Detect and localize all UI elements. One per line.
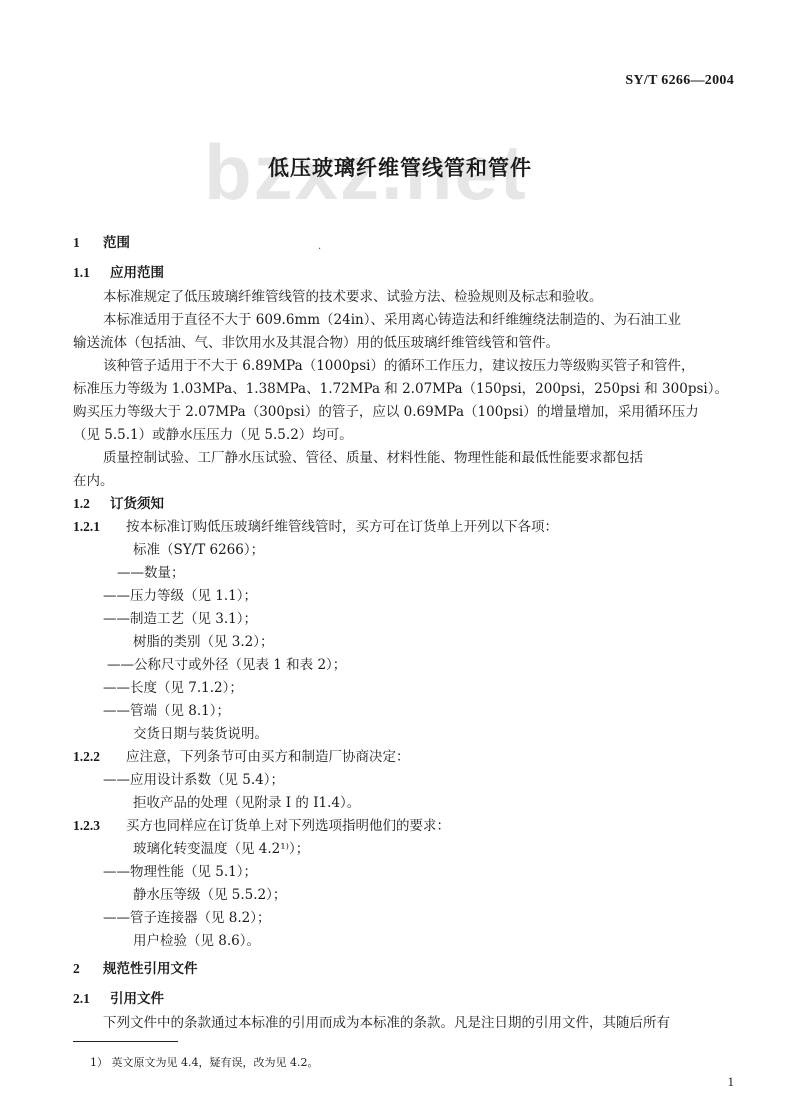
section-number: 1.1 bbox=[73, 264, 110, 282]
section-1-1-heading: 1.1应用范围 bbox=[73, 264, 164, 282]
paragraph-line: 购买压力等级大于 2.07MPa（300psi）的管子，应以 0.69MPa（1… bbox=[73, 403, 699, 421]
section-1-heading: 1范围 bbox=[73, 234, 130, 252]
section-number: 2 bbox=[73, 960, 103, 978]
section-2-heading: 2规范性引用文件 bbox=[73, 960, 198, 978]
list-item: ——应用设计系数（见 5.4）； bbox=[103, 771, 284, 789]
section-number: 1 bbox=[73, 234, 103, 252]
list-item: 用户检验（见 8.6）。 bbox=[133, 932, 260, 950]
clause-text: 按本标准订购低压玻璃纤维管线管时，买方可在订货单上开列以下各项： bbox=[126, 519, 558, 535]
paragraph-line: 标准压力等级为 1.03MPa、1.38MPa、1.72MPa 和 2.07MP… bbox=[73, 380, 728, 398]
paragraph-line: 该种管子适用于不大于 6.89MPa（1000psi）的循环工作压力，建议按压力… bbox=[103, 357, 694, 375]
paragraph-line: （见 5.5.1）或静水压压力（见 5.5.2）均可。 bbox=[73, 426, 353, 444]
list-item: 标准（SY/T 6266）； bbox=[133, 541, 264, 559]
list-item: 玻璃化转变温度（见 4.2¹⁾）； bbox=[133, 840, 309, 858]
paragraph-line: 在内。 bbox=[73, 472, 114, 490]
section-number: 2.1 bbox=[73, 990, 110, 1008]
paragraph-line: 质量控制试验、工厂静水压试验、管径、质量、材料性能、物理性能和最低性能要求都包括 bbox=[103, 449, 643, 467]
list-item: ——物理性能（见 5.1）； bbox=[103, 863, 257, 881]
section-1-2-heading: 1.2订货须知 bbox=[73, 495, 164, 513]
section-title: 应用范围 bbox=[110, 265, 164, 281]
page-number: 1 bbox=[728, 1074, 735, 1090]
section-title: 范围 bbox=[103, 235, 130, 251]
list-item: 树脂的类别（见 3.2）； bbox=[133, 633, 274, 651]
standard-number: SY/T 6266—2004 bbox=[625, 73, 734, 89]
section-title: 引用文件 bbox=[110, 991, 164, 1007]
clause-number: 1.2.2 bbox=[73, 748, 126, 766]
section-title: 订货须知 bbox=[110, 496, 164, 512]
list-item: ——压力等级（见 1.1）； bbox=[103, 587, 257, 605]
list-item: ——制造工艺（见 3.1）； bbox=[103, 610, 257, 628]
clause-text: 买方也同样应在订货单上对下列选项指明他们的要求： bbox=[126, 818, 450, 834]
clause-number: 1.2.1 bbox=[73, 518, 126, 536]
clause-number: 1.2.3 bbox=[73, 817, 126, 835]
list-item: ——长度（见 7.1.2）； bbox=[103, 679, 243, 697]
section-title: 规范性引用文件 bbox=[103, 961, 198, 977]
paragraph-line: 下列文件中的条款通过本标准的引用而成为本标准的条款。凡是注日期的引用文件，其随后… bbox=[103, 1014, 670, 1032]
section-number: 1.2 bbox=[73, 495, 110, 513]
footnote: 1） 英文原文为见 4.4，疑有误，改为见 4.2。 bbox=[90, 1054, 318, 1070]
paragraph-line: 本标准规定了低压玻璃纤维管线管的技术要求、试验方法、检验规则及标志和验收。 bbox=[103, 288, 603, 306]
paragraph-line: 本标准适用于直径不大于 609.6mm（24in）、采用离心铸造法和纤维缠绕法制… bbox=[103, 311, 681, 329]
list-item: ——管子连接器（见 8.2）； bbox=[103, 909, 271, 927]
section-2-1-heading: 2.1引用文件 bbox=[73, 990, 164, 1008]
list-item: 静水压等级（见 5.5.2）； bbox=[133, 886, 286, 904]
clause-1-2-3: 1.2.3买方也同样应在订货单上对下列选项指明他们的要求： bbox=[73, 817, 450, 835]
list-item: ——数量； bbox=[117, 564, 185, 582]
document-title: 低压玻璃纤维管线管和管件 bbox=[0, 152, 800, 182]
footnote-divider bbox=[73, 1041, 178, 1042]
list-item: 交货日期与装货说明。 bbox=[133, 725, 268, 743]
stray-dot: · bbox=[318, 244, 321, 255]
clause-text: 应注意，下列条节可由买方和制造厂协商决定： bbox=[126, 749, 410, 765]
clause-1-2-1: 1.2.1按本标准订购低压玻璃纤维管线管时，买方可在订货单上开列以下各项： bbox=[73, 518, 558, 536]
list-item: 拒收产品的处理（见附录 I 的 I1.4）。 bbox=[133, 794, 360, 812]
list-item: ——公称尺寸或外径（见表 1 和表 2）； bbox=[107, 656, 346, 674]
list-item: ——管端（见 8.1）； bbox=[103, 702, 230, 720]
paragraph-line: 输送流体（包括油、气、非饮用水及其混合物）用的低压玻璃纤维管线管和管件。 bbox=[73, 334, 559, 352]
clause-1-2-2: 1.2.2应注意，下列条节可由买方和制造厂协商决定： bbox=[73, 748, 410, 766]
